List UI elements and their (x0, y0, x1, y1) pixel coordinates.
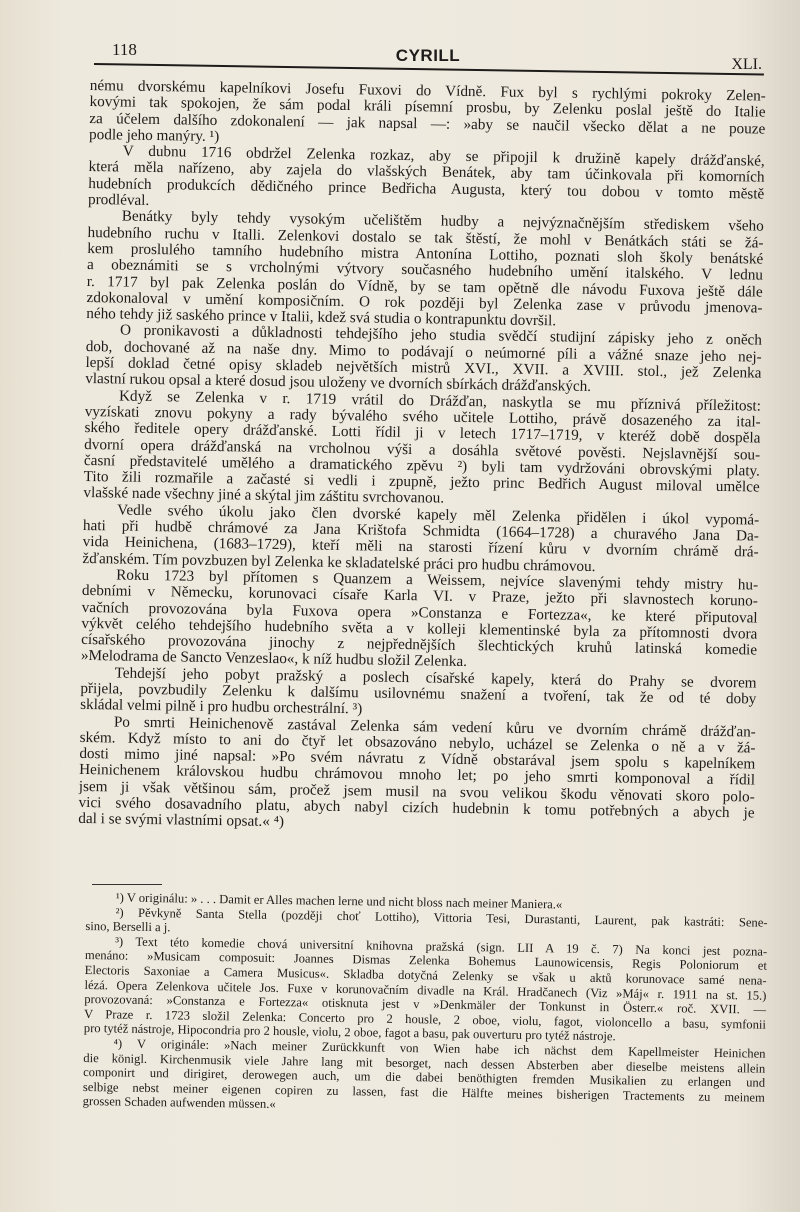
scanned-book-page: 118 CYRILL XLI. nému dvorskému kapelníko… (0, 0, 800, 1212)
footnotes: ¹) V originálu: » . . . Damit er Alles m… (83, 890, 768, 1120)
main-text: nému dvorskému kapelníkovi Josefu Fuxovi… (78, 78, 766, 838)
running-title: CYRILL (94, 46, 762, 66)
volume-number: XLI. (731, 56, 762, 74)
footnote-separator (92, 884, 162, 885)
